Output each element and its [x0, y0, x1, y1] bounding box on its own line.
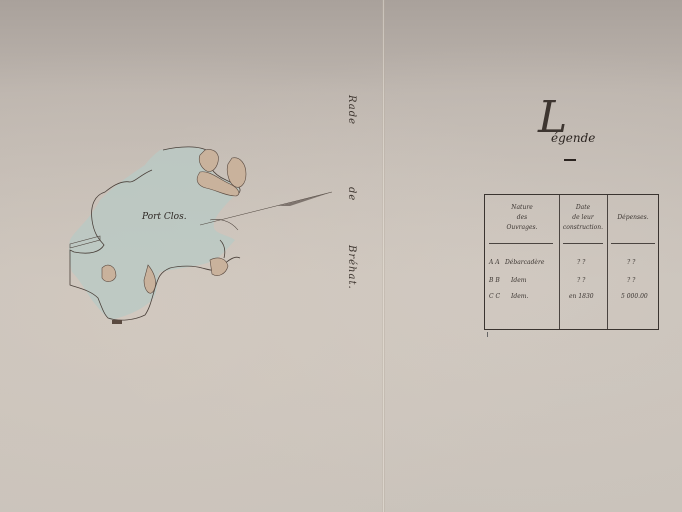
vertical-title-word-1: Rade: [346, 95, 357, 125]
vertical-title-word-3: Bréhat.: [346, 245, 357, 290]
pencil-mark: [487, 332, 488, 337]
header-rule-3: [611, 243, 655, 244]
harbor-map-drawing: [60, 140, 340, 330]
row-3-date: en 1830: [569, 293, 594, 300]
row-2-date: ? ?: [577, 277, 585, 284]
vertical-title-word-2: de: [346, 187, 357, 201]
harbor-map: [60, 140, 340, 330]
rock-point-east: [210, 258, 228, 276]
header-date: Date de leur construction.: [559, 203, 607, 233]
row-1-depenses: ? ?: [627, 259, 635, 266]
row-1-date: ? ?: [577, 259, 585, 266]
row-3-nature: Idem.: [511, 293, 528, 300]
row-1-code: A A: [489, 259, 500, 266]
row-3-code: C C: [489, 293, 500, 300]
header-nature: Nature des Ouvrages.: [485, 203, 559, 233]
header-depenses: Dépenses.: [607, 213, 659, 223]
harbor-water: [69, 147, 239, 320]
bearing-wedge: [278, 192, 332, 206]
row-2-nature: Idem: [511, 277, 526, 284]
row-2-depenses: ? ?: [627, 277, 635, 284]
port-clos-label: Port Clos.: [142, 212, 187, 222]
row-3-depenses: 5 000.00: [621, 293, 648, 300]
row-1-nature: Débarcadère: [505, 259, 544, 266]
row-2-code: B B: [489, 277, 500, 284]
header-rule-2: [563, 243, 603, 244]
fold-line: [382, 0, 385, 512]
legend-title-underline: [564, 159, 576, 161]
header-rule-1: [489, 243, 553, 244]
quay-block: [112, 320, 122, 324]
vertical-title-rade: Rade de Bréhat.: [346, 95, 376, 305]
legend-title: L égende: [534, 96, 614, 166]
legend-title-rest: égende: [551, 131, 595, 145]
legend-table: Nature des Ouvrages. Date de leur constr…: [484, 194, 659, 330]
